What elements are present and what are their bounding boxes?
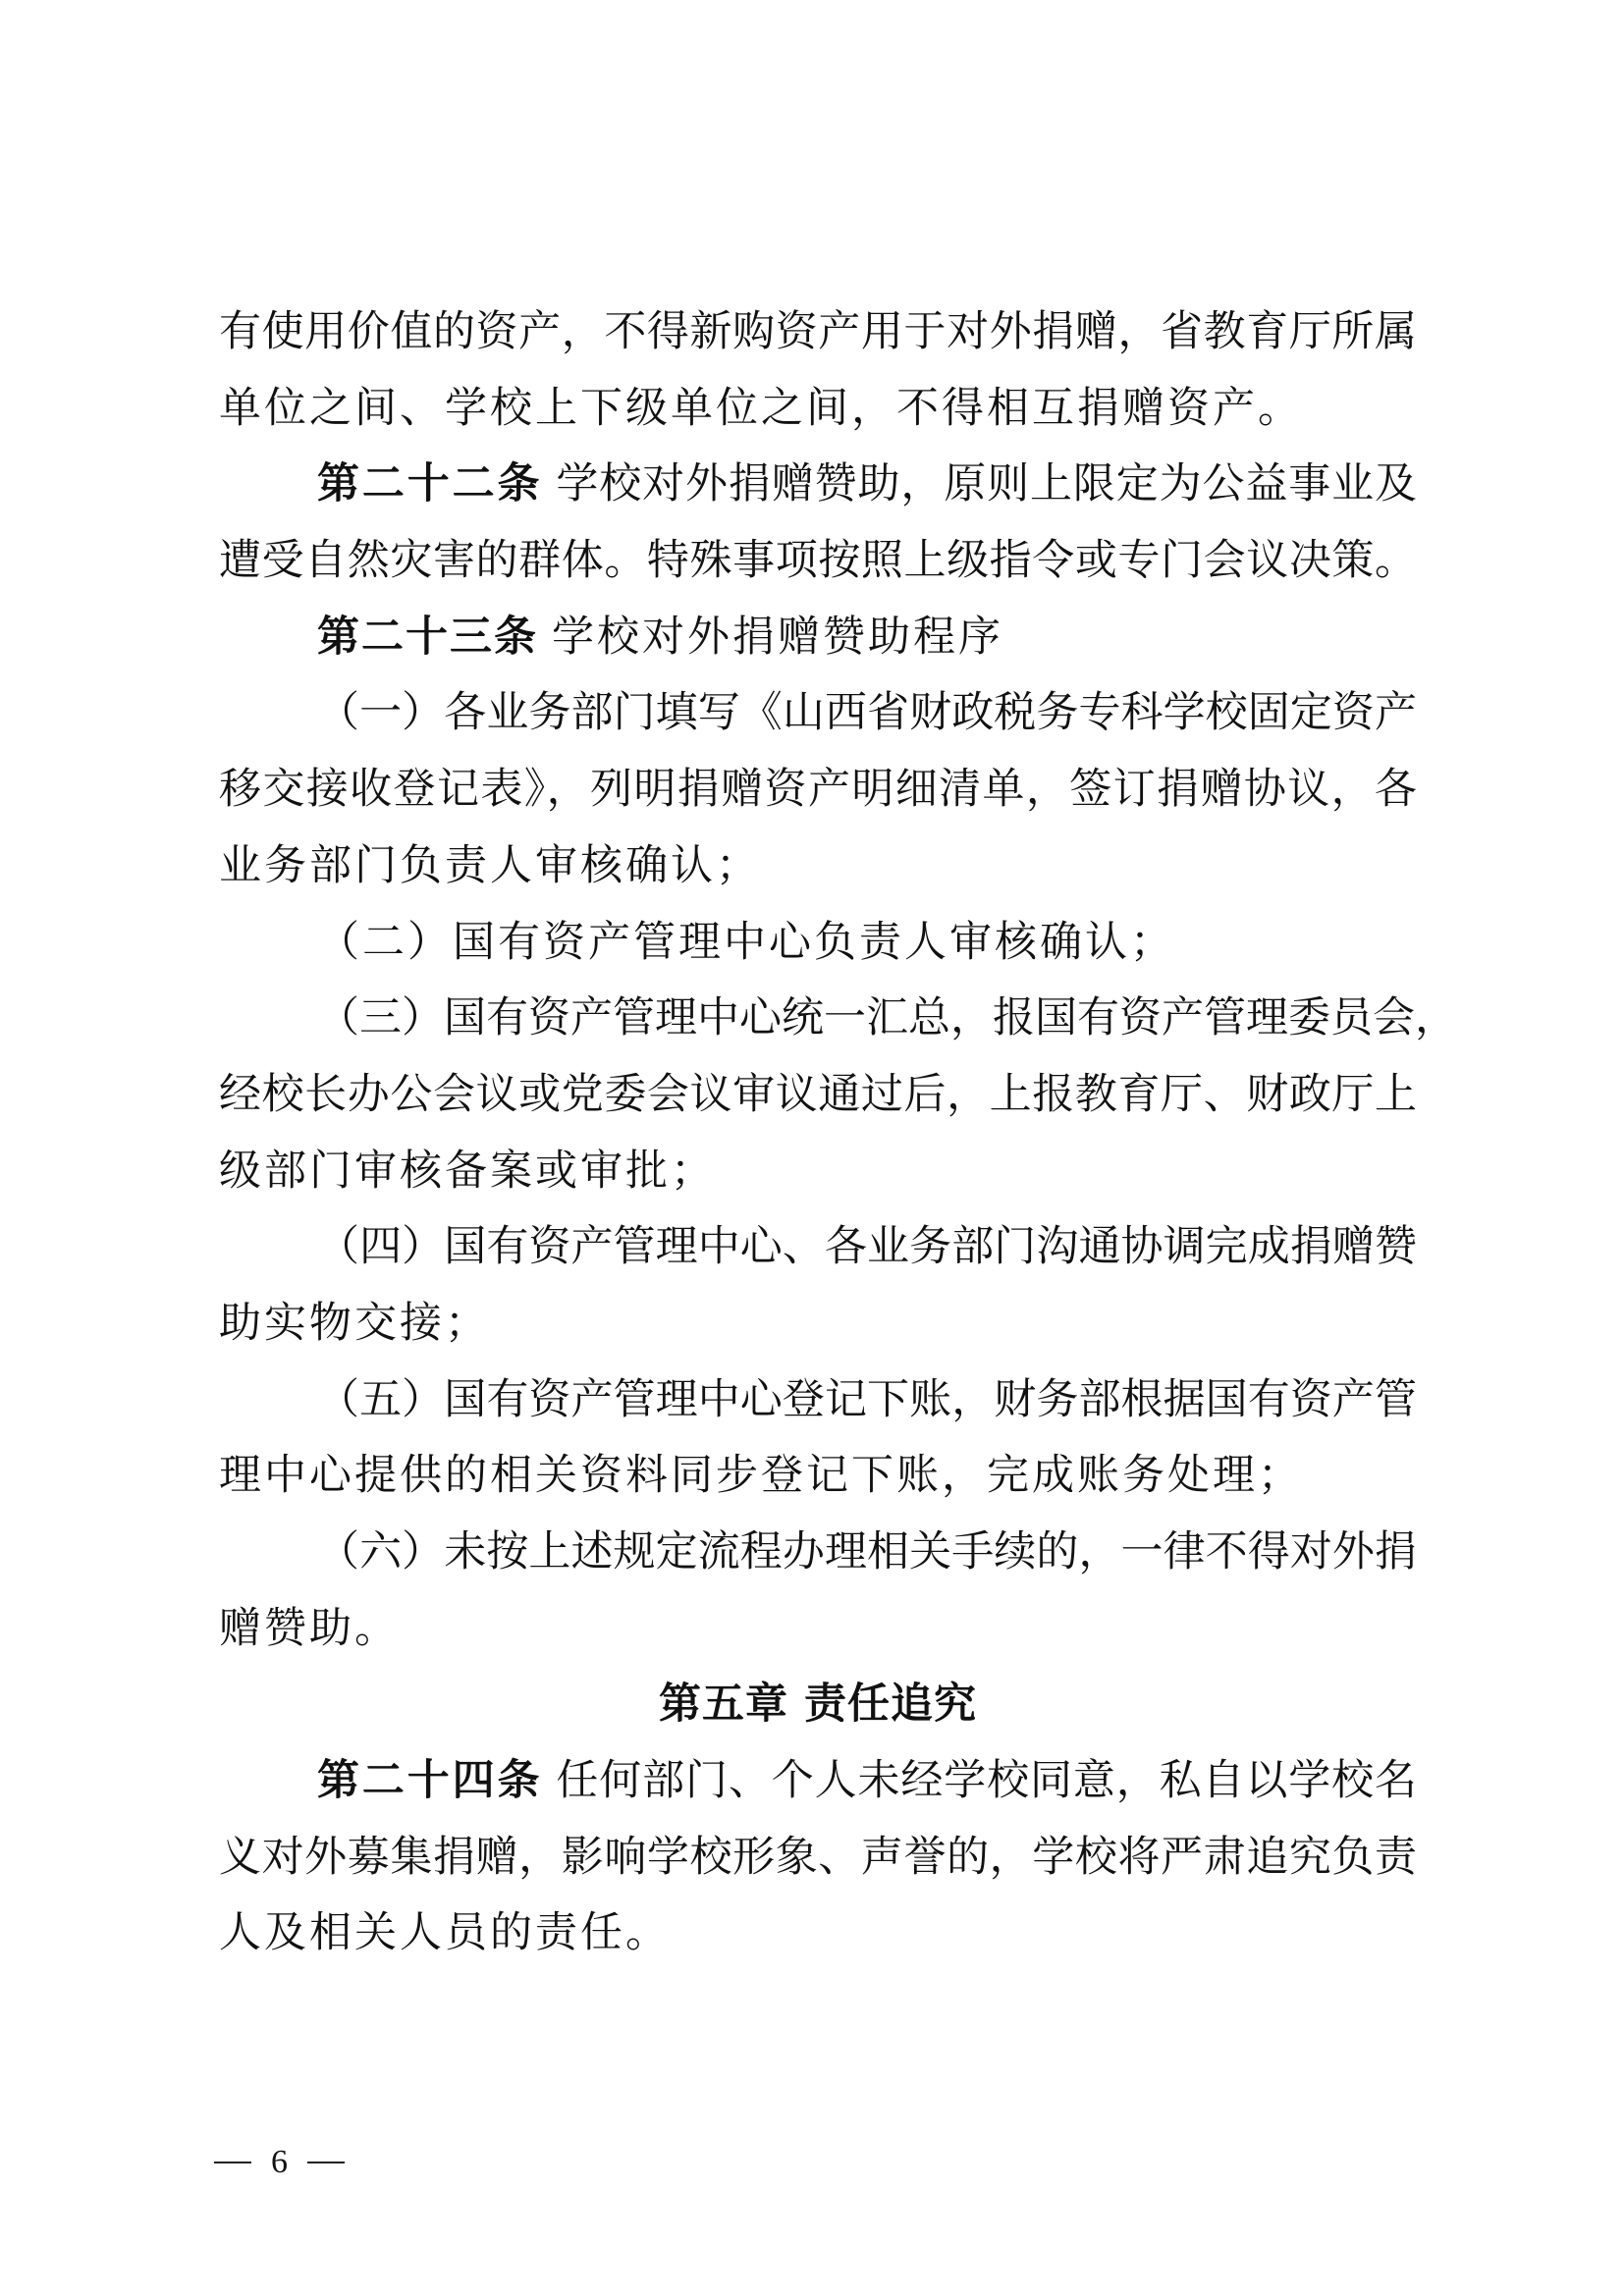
list-item-4-line: （四）国有资产管理中心、各业务部门沟通协调完成捐赠赞 xyxy=(219,1209,1417,1286)
text-line: 级部门审核备案或审批； xyxy=(219,1134,1417,1210)
text-line: 助实物交接； xyxy=(219,1286,1417,1362)
text-line: 理中心提供的相关资料同步登记下账，完成账务处理； xyxy=(219,1438,1417,1515)
list-item-6-line: （六）未按上述规定流程办理相关手续的，一律不得对外捐 xyxy=(219,1515,1417,1591)
body-text: 有使用价值的资产，不得新购资产用于对外捐赠，省教育厅所属 单位之间、学校上下级单… xyxy=(219,294,1417,1972)
chapter-heading: 第五章责任追究 xyxy=(219,1667,1417,1743)
text-line: 经校长办公会议或党委会议审议通过后，上报教育厅、财政厅上 xyxy=(219,1057,1417,1134)
page-number: 6 xyxy=(271,2143,288,2182)
chapter-number: 第五章 xyxy=(659,1680,788,1729)
list-item-2-line: （二）国有资产管理中心负责人审核确认； xyxy=(219,905,1417,982)
article-number: 第二十二条 xyxy=(317,459,542,508)
article-22-line: 第二十二条学校对外捐赠赞助，原则上限定为公益事业及 xyxy=(219,447,1417,523)
list-item-3-line: （三）国有资产管理中心统一汇总，报国有资产管理委员会， xyxy=(219,981,1417,1057)
text-line: 有使用价值的资产，不得新购资产用于对外捐赠，省教育厅所属 xyxy=(219,294,1417,371)
article-24-line: 第二十四条任何部门、个人未经学校同意，私自以学校名 xyxy=(219,1743,1417,1820)
article-number: 第二十四条 xyxy=(317,1756,542,1805)
dash-right xyxy=(307,2162,345,2163)
article-text: 任何部门、个人未经学校同意，私自以学校名 xyxy=(556,1756,1417,1805)
text-line: 移交接收登记表》，列明捐赠资产明细清单，签订捐赠协议，各 xyxy=(219,752,1417,828)
chapter-title: 责任追究 xyxy=(804,1680,977,1729)
text-line: 单位之间、学校上下级单位之间，不得相互捐赠资产。 xyxy=(219,371,1417,448)
list-item-5-line: （五）国有资产管理中心登记下账，财务部根据国有资产管 xyxy=(219,1362,1417,1439)
text-line: 遭受自然灾害的群体。特殊事项按照上级指令或专门会议决策。 xyxy=(219,523,1417,600)
article-number: 第二十三条 xyxy=(317,613,538,662)
document-page: 有使用价值的资产，不得新购资产用于对外捐赠，省教育厅所属 单位之间、学校上下级单… xyxy=(0,0,1624,2296)
article-23-line: 第二十三条学校对外捐赠赞助程序 xyxy=(219,600,1417,676)
text-line: 人及相关人员的责任。 xyxy=(219,1896,1417,1972)
article-text: 学校对外捐赠赞助程序 xyxy=(552,613,1003,662)
page-number-footer: 6 xyxy=(214,2143,345,2182)
dash-left xyxy=(214,2162,251,2163)
text-line: 业务部门负责人审核确认； xyxy=(219,828,1417,905)
list-item-1-line: （一）各业务部门填写《山西省财政税务专科学校固定资产 xyxy=(219,675,1417,752)
text-line: 义对外募集捐赠，影响学校形象、声誉的，学校将严肃追究负责 xyxy=(219,1820,1417,1896)
article-text: 学校对外捐赠赞助，原则上限定为公益事业及 xyxy=(556,459,1417,508)
text-line: 赠赞助。 xyxy=(219,1591,1417,1668)
